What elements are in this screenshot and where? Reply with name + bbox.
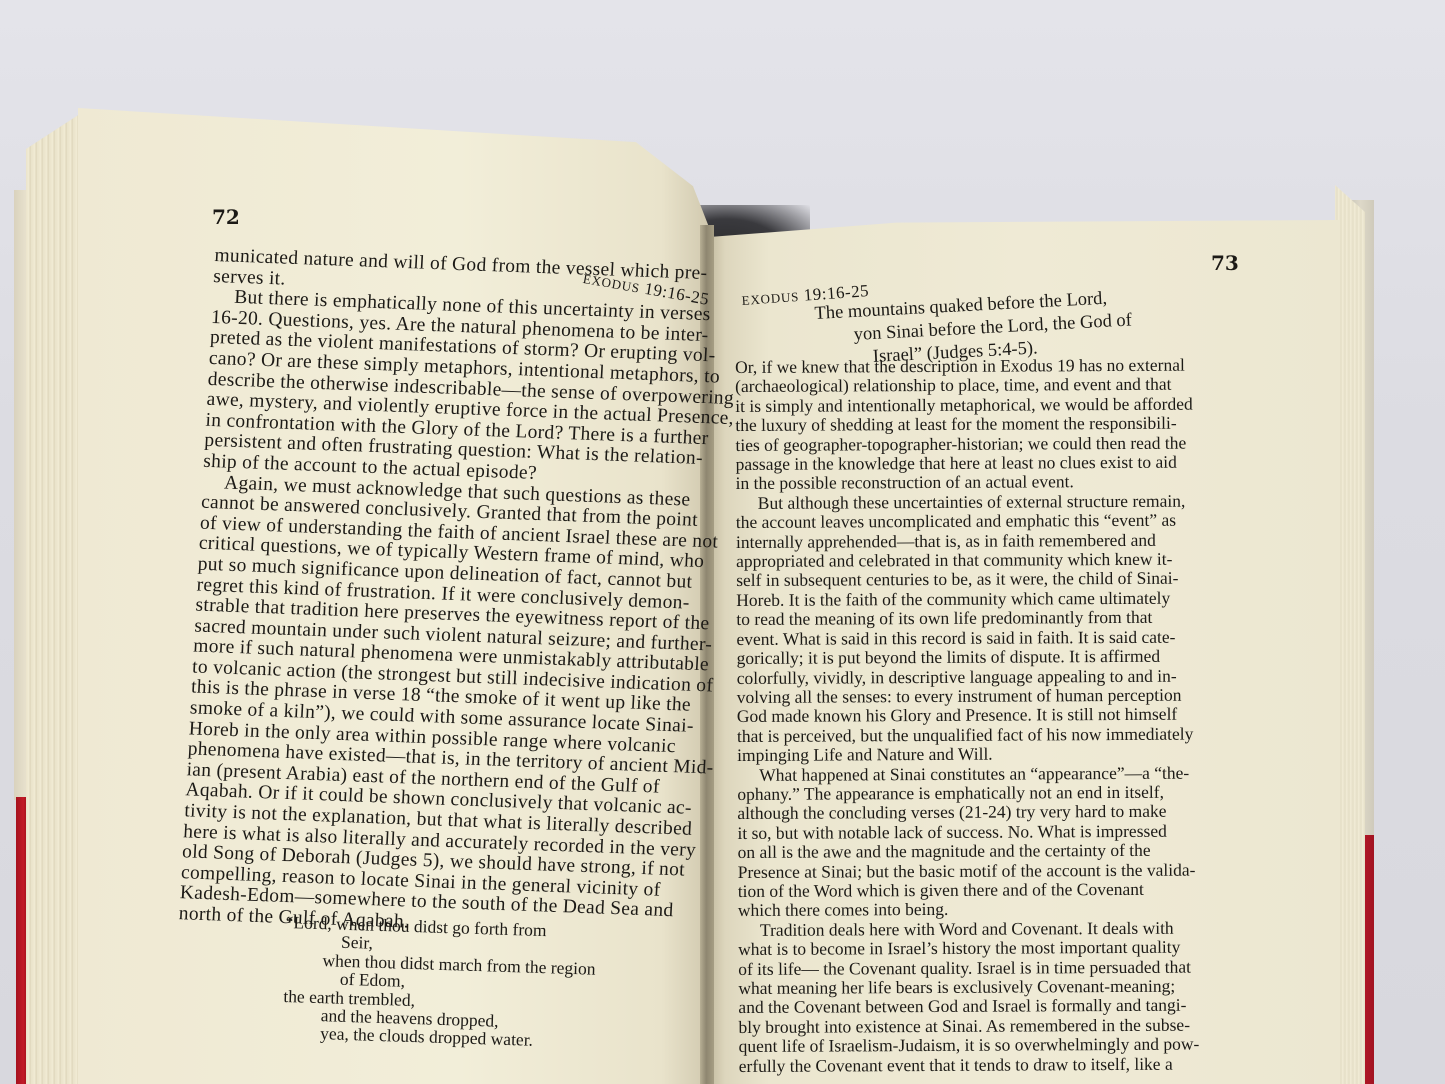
left-page-stack <box>26 110 86 1084</box>
right-page-body: Or, if we knew that the description in E… <box>735 356 1200 1076</box>
text-line: that is perceived, but the unqualified f… <box>737 724 1198 746</box>
right-page-number: 73 <box>1211 251 1239 275</box>
left-page-poem: “Lord, when thou didst go forth fromSeir… <box>282 913 597 1052</box>
running-head-book: EXODUS <box>741 289 799 308</box>
photo-scene: 72 EXODUS 19:16-25 municated nature and … <box>0 0 1445 1084</box>
text-line: passage in the knowledge that here at le… <box>736 453 1197 475</box>
text-line: erfully the Covenant event that it tends… <box>739 1054 1200 1076</box>
left-page-body: municated nature and will of God from th… <box>178 246 742 944</box>
text-line: tion of the Word which is given there an… <box>738 880 1199 902</box>
left-page-number: 72 <box>212 205 240 229</box>
